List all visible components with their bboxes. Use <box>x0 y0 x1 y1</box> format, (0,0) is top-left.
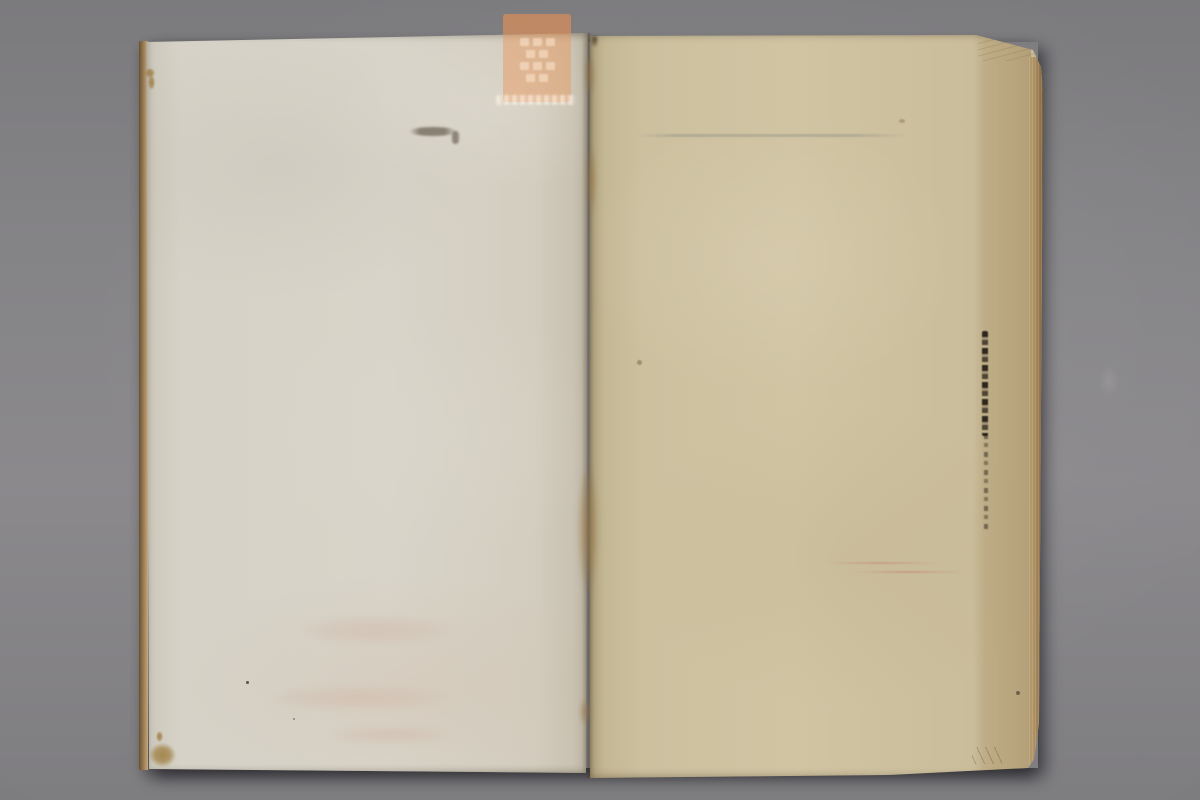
watermark-seal-characters <box>511 38 563 82</box>
gutter-stain-top <box>585 56 594 94</box>
gutter-stain-upper <box>587 148 596 212</box>
scribble-bottom-right <box>972 747 1002 764</box>
stain-bottom-left-blob <box>149 743 176 767</box>
watermark-illegible-text-line <box>496 95 576 105</box>
speck-left-page-2 <box>293 718 295 720</box>
foxing-pink-2 <box>268 686 448 710</box>
stains-and-marks-layer <box>0 0 1200 800</box>
digital-library-stamp-watermark <box>503 14 571 102</box>
ink-streak-tail <box>984 434 988 532</box>
speck-right-page <box>637 360 642 365</box>
speck-right-top <box>899 119 905 123</box>
smudge-hook <box>451 131 460 144</box>
crease-line-right-page <box>636 134 908 137</box>
ink-streak-main <box>982 331 988 436</box>
foxing-pink-1 <box>300 616 450 644</box>
gutter-stain-middle <box>578 466 598 592</box>
speck-fore-edge <box>1016 691 1020 695</box>
foxing-pink-3 <box>330 726 450 744</box>
smudge-dash <box>409 127 457 136</box>
stain-top-left-tail <box>148 75 155 90</box>
red-ghost-line-2 <box>852 571 964 573</box>
speck-left-page-1 <box>246 681 249 684</box>
photo-backdrop <box>0 0 1200 800</box>
gutter-stain-bottom <box>580 700 590 724</box>
backdrop-smudge <box>1098 364 1120 398</box>
red-ghost-line-1 <box>826 562 936 564</box>
book <box>0 0 1200 800</box>
gutter-top-notch <box>590 36 599 48</box>
stain-bottom-left-dot <box>156 731 163 742</box>
